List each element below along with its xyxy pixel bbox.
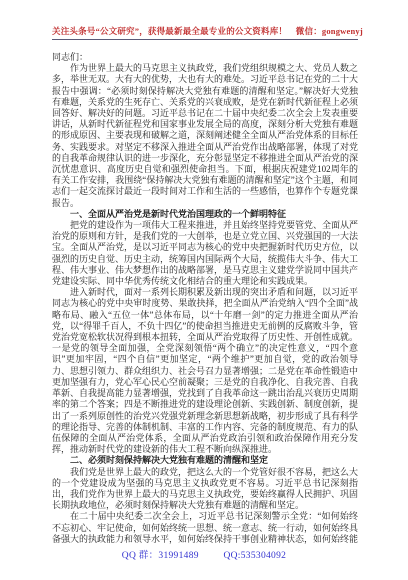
paragraph-section2-b: 在二十届中央纪委二次全会上，习近平总书记深刻警示全党：“如何始终不忘初心、牢记使…	[52, 511, 358, 545]
promo-header: 关注头条号“公文研究”，获得最新最全最专业的公文资料库！ 微信：gongweny…	[52, 25, 358, 40]
paragraph-section2-a: 我们党是世界上最大的政党，把这么大的一个党管好很不容易，把这么大的一个党建设成为…	[52, 467, 358, 512]
section-heading-2: 二、必须时刻保持解决大党独有难题的清醒和坚定	[52, 455, 358, 466]
paragraph-section1-b: 进入新时代，面对一系列长期积累及新出现的突出矛盾和问题，以习近平同志为核心的党中…	[52, 287, 358, 455]
section-heading-1: 一、全面从严治党是新时代党治国理政的一个鲜明特征	[52, 209, 358, 220]
document-page: 关注头条号“公文研究”，获得最新最全最专业的公文资料库！ 微信：gongweny…	[0, 0, 408, 580]
header-divider	[52, 39, 358, 40]
contact-footer: QQ 群：31991489 QQ:535304092	[0, 547, 408, 561]
qq-number: QQ:535304092	[223, 551, 286, 561]
qq-group-number: QQ 群：31991489	[122, 551, 199, 561]
paragraph-intro: 作为世界上最大的马克思主义执政党，我们党组织规模之大、党员人数之多，举世无双。大…	[52, 63, 358, 209]
document-body: 同志们： 作为世界上最大的马克思主义执政党，我们党组织规模之大、党员人数之多，举…	[52, 52, 358, 545]
promo-notice: 关注头条号“公文研究”，获得最新最全最专业的公文资料库！ 微信：gongweny…	[52, 25, 358, 37]
paragraph-section1-a: 把党的建设作为一项伟大工程来推进，并且始终坚持党要管党、全面从严治党的原则和方针…	[52, 220, 358, 287]
salutation: 同志们：	[52, 52, 358, 63]
